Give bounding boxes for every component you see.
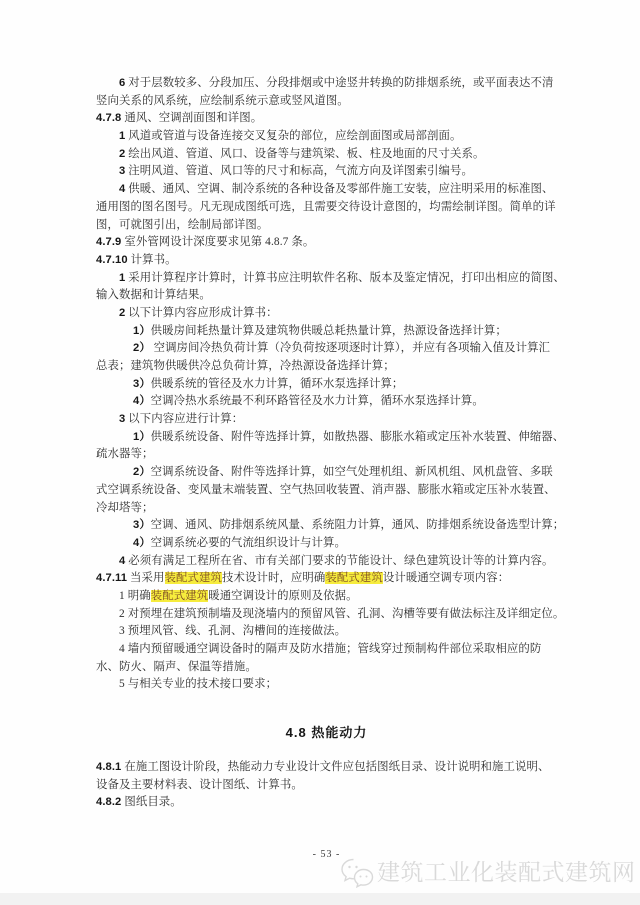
text-line: 2 绘出风道、管道、风口、设备等与建筑梁、板、柱及地面的尺寸关系。: [96, 146, 557, 164]
text-line: 3 以下内容应进行计算：: [96, 411, 557, 429]
text-line: 5 与相关专业的技术接口要求；: [96, 676, 557, 694]
text-line: 4）空调冷热水系统最不利环路管径及水力计算，循环水泵选择计算。: [96, 393, 557, 411]
text-line: 4 供暖、通风、空调、制冷系统的各种设备及零部件施工安装，应注明采用的标准图、: [96, 181, 557, 199]
text-line: 2）空调系统设备、附件等选择计算，如空气处理机组、新风机组、风机盘管、多联: [96, 464, 557, 482]
text-line: 1 明确装配式建筑暖通空调设计的原则及依据。: [96, 588, 557, 606]
document-body: 6 对于层数较多、分段加压、分段排烟或中途竖井转换的防排烟系统，或平面表达不清竖…: [96, 75, 557, 812]
text-line: 4 必须有满足工程所在省、市有关部门要求的节能设计、绿色建筑设计等的计算内容。: [96, 553, 557, 571]
text-line: 6 对于层数较多、分段加压、分段排烟或中途竖井转换的防排烟系统，或平面表达不清: [96, 75, 557, 93]
wechat-icon: [339, 856, 375, 890]
text-line: 1 风道或管道与设备连接交叉复杂的部位，应绘剖面图或局部剖面。: [96, 128, 557, 146]
text-line: 4.7.11 当采用装配式建筑技术设计时，应明确装配式建筑设计暖通空调专项内容：: [96, 570, 557, 588]
text-line: 4）空调系统必要的气流组织设计与计算。: [96, 535, 557, 553]
text-line: 3 预埋风管、线、孔洞、沟槽间的连接做法。: [96, 623, 557, 641]
text-line: 输入数据和计算结果。: [96, 287, 557, 305]
text-line: 4 墙内预留暖通空调设备时的隔声及防水措施；管线穿过预制构件部位采取相应的防: [96, 641, 557, 659]
text-line: 水、防火、隔声、保温等措施。: [96, 659, 557, 677]
text-line: 式空调系统设备、变风量末端装置、空气热回收装置、消声器、膨胀水箱或定压补水装置、: [96, 482, 557, 500]
highlight-text: 装配式建筑: [165, 572, 222, 584]
document-page: 6 对于层数较多、分段加压、分段排烟或中途竖井转换的防排烟系统，或平面表达不清竖…: [0, 0, 640, 905]
watermark: 建筑工业化装配式建筑网: [339, 854, 636, 892]
text-line: 4.8.2 图纸目录。: [96, 794, 557, 812]
text-line: 通用图的图名图号。凡无现成图纸可选，且需要交待设计意图的，均需绘制详图。简单的详: [96, 199, 557, 217]
text-line: 1）供暖系统设备、附件等选择计算，如散热器、膨胀水箱或定压补水装置、伸缩器、: [96, 429, 557, 447]
text-line: 冷却塔等；: [96, 500, 557, 518]
text-line: 疏水器等；: [96, 446, 557, 464]
highlight-text: 装配式建筑: [325, 572, 382, 584]
section-heading: 4.8 热能动力: [96, 723, 557, 743]
text-line: 1 采用计算程序计算时，计算书应注明软件名称、版本及鉴定情况，打印出相应的简图、: [96, 270, 557, 288]
text-line: 3）供暖系统的管径及水力计算，循环水泵选择计算；: [96, 376, 557, 394]
text-line: 总表；建筑物供暖供冷总负荷计算，冷热源设备选择计算；: [96, 358, 557, 376]
text-line: 设备及主要材料表、设计图纸、计算书。: [96, 777, 557, 795]
text-line: 3 注明风道、管道、风口等的尺寸和标高，气流方向及详图索引编号。: [96, 163, 557, 181]
text-line: 2 对预埋在建筑预制墙及现浇墙内的预留风管、孔洞、沟槽等要有做法标注及详细定位。: [96, 606, 557, 624]
text-line: 4.7.8 通风、空调剖面图和详图。: [96, 110, 557, 128]
text-line: 2 以下计算内容应形成计算书：: [96, 305, 557, 323]
bottom-strip: [0, 893, 640, 905]
text-line: 1）供暖房间耗热量计算及建筑物供暖总耗热量计算，热源设备选择计算；: [96, 323, 557, 341]
text-line: 图，可就图引出，绘制局部详图。: [96, 217, 557, 235]
text-line: 竖向关系的风系统，应绘制系统示意或竖风道图。: [96, 93, 557, 111]
text-line: 4.7.10 计算书。: [96, 252, 557, 270]
text-line: 4.8.1 在施工图设计阶段，热能动力专业设计文件应包括图纸目录、设计说明和施工…: [96, 759, 557, 777]
text-line: 3）空调、通风、防排烟系统风量、系统阻力计算，通风、防排烟系统设备选型计算；: [96, 517, 557, 535]
highlight-text: 装配式建筑: [151, 590, 208, 602]
text-line: 4.7.9 室外管网设计深度要求见第 4.8.7 条。: [96, 234, 557, 252]
text-line: 2） 空调房间冷热负荷计算（冷负荷按逐项逐时计算），并应有各项输入值及计算汇: [96, 340, 557, 358]
watermark-text: 建筑工业化装配式建筑网: [377, 854, 636, 892]
